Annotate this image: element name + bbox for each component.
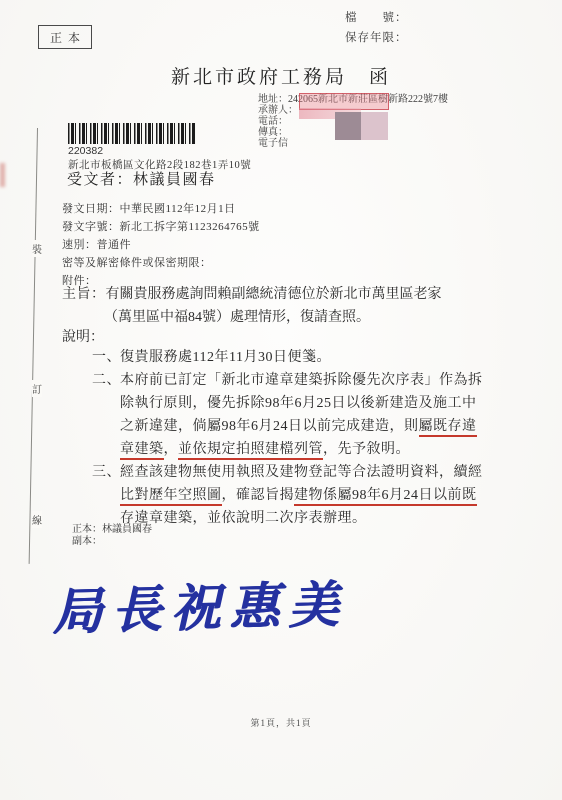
body-line: 存違章建築，並依說明二次序表辦理。 (120, 507, 522, 530)
body-text: 復貴服務處112年11月30日便箋。 (120, 350, 331, 365)
fold-mark-ding: 訂 (32, 380, 42, 397)
body-text: 經查該建物無使用執照及建物登記等合法證明資料，續經 (120, 465, 483, 480)
body-line: 比對歷年空照圖，確認旨揭建物係屬98年6月24日以前既 (120, 484, 522, 507)
body-items: 一、復貴服務處112年11月30日便箋。二、本府前已訂定「新北市違章建築拆除優先… (92, 346, 522, 530)
body-text: 存違章建築，並依說明二次序表辦理。 (120, 511, 367, 526)
item-number: 二、 (92, 369, 120, 392)
barcode-number: 220382 (68, 145, 103, 157)
body-text: ， (164, 442, 179, 457)
red-underlined-text: 並依規定拍照建檔列管 (178, 442, 323, 460)
fold-mark-zhuang: 裝 (32, 240, 42, 257)
red-underlined-text: 屬既存違 (419, 419, 477, 437)
redaction-block-dark (335, 112, 361, 140)
retention-period-label: 保存年限： (345, 28, 408, 48)
body-text: 之新違建，倘屬98年6月24日以前完成建造，則 (120, 419, 419, 434)
file-number-label: 檔 號： (345, 8, 408, 28)
confidentiality: 密等及解密條件或保密期限： (62, 254, 260, 272)
body-text: 本府前已訂定「新北市違章建築拆除優先次序表」作為拆 (120, 373, 483, 388)
copy-type-label: 正本 (44, 29, 86, 46)
explanation-heading: 說明： (62, 326, 104, 346)
body-item: 一、復貴服務處112年11月30日便箋。 (92, 346, 522, 369)
body-text: ，先予敘明。 (323, 442, 410, 457)
distribution-copy: 副本： (72, 536, 152, 548)
red-underlined-text: 建物係屬98年6月24日以前既 (294, 488, 477, 506)
subject-label: 主旨： (62, 287, 106, 302)
body-item: 三、經查該建物無使用執照及建物登記等合法證明資料，續經比對歷年空照圖，確認旨揭建… (92, 461, 522, 530)
barcode (68, 123, 196, 144)
item-number: 一、 (92, 346, 120, 369)
body-text: ，確認旨揭 (222, 488, 295, 503)
body-line: 二、本府前已訂定「新北市違章建築拆除優先次序表」作為拆 (92, 369, 522, 392)
page-footer: 第1頁，共1頁 (0, 716, 562, 729)
distribution-original: 正本：林議員國春 (72, 524, 152, 536)
issue-date: 發文日期：中華民國112年12月1日 (62, 200, 260, 218)
body-line: 之新違建，倘屬98年6月24日以前完成建造，則屬既存違 (120, 415, 522, 438)
speed-class: 速別：普通件 (62, 236, 260, 254)
official-letter-page: 正本 檔 號： 保存年限： 新北市政府工務局 函 地址：242065新北市新莊區… (0, 0, 562, 800)
scan-edge-smudge (0, 163, 5, 187)
body-line: 一、復貴服務處112年11月30日便箋。 (92, 346, 522, 369)
body-item: 二、本府前已訂定「新北市違章建築拆除優先次序表」作為拆除執行原則，優先拆除98年… (92, 369, 522, 461)
redaction-block-light (361, 112, 388, 140)
document-title: 新北市政府工務局 函 (0, 62, 562, 89)
fold-mark-xian: 線 (32, 511, 42, 528)
recipient-name: 受文者：林議員國春 (67, 168, 216, 189)
subject-line1: 主旨：有關貴服務處詢問賴副總統清德位於新北市萬里區老家 (62, 283, 512, 306)
subject-block: 主旨：有關貴服務處詢問賴副總統清德位於新北市萬里區老家 （萬里區中福84號）處理… (62, 283, 512, 329)
body-text: 除執行原則，優先拆除98年6月25日以後新建造及施工中 (120, 396, 477, 411)
file-reference-block: 檔 號： 保存年限： (345, 8, 408, 48)
subject-text-1: 有關貴服務處詢問賴副總統清德位於新北市萬里區老家 (106, 287, 442, 302)
body-line: 除執行原則，優先拆除98年6月25日以後新建造及施工中 (120, 392, 522, 415)
red-underlined-text: 比對歷年空照圖 (120, 488, 222, 506)
copy-type-box: 正本 (38, 25, 92, 49)
issue-number: 發文字號：新北工拆字第1123264765號 (62, 218, 260, 236)
red-underlined-text: 章建築 (120, 442, 164, 460)
body-line: 三、經查該建物無使用執照及建物登記等合法證明資料，續經 (92, 461, 522, 484)
item-number: 三、 (92, 461, 120, 484)
document-meta-block: 發文日期：中華民國112年12月1日 發文字號：新北工拆字第1123264765… (62, 200, 260, 290)
body-line: 章建築，並依規定拍照建檔列管，先予敘明。 (120, 438, 522, 461)
binding-fold-line (29, 128, 38, 564)
subject-text-2: （萬里區中福84號）處理情形，復請查照。 (104, 306, 512, 329)
distribution-block: 正本：林議員國春 副本： (72, 524, 152, 548)
director-signature: 局長祝惠美 (51, 564, 383, 645)
